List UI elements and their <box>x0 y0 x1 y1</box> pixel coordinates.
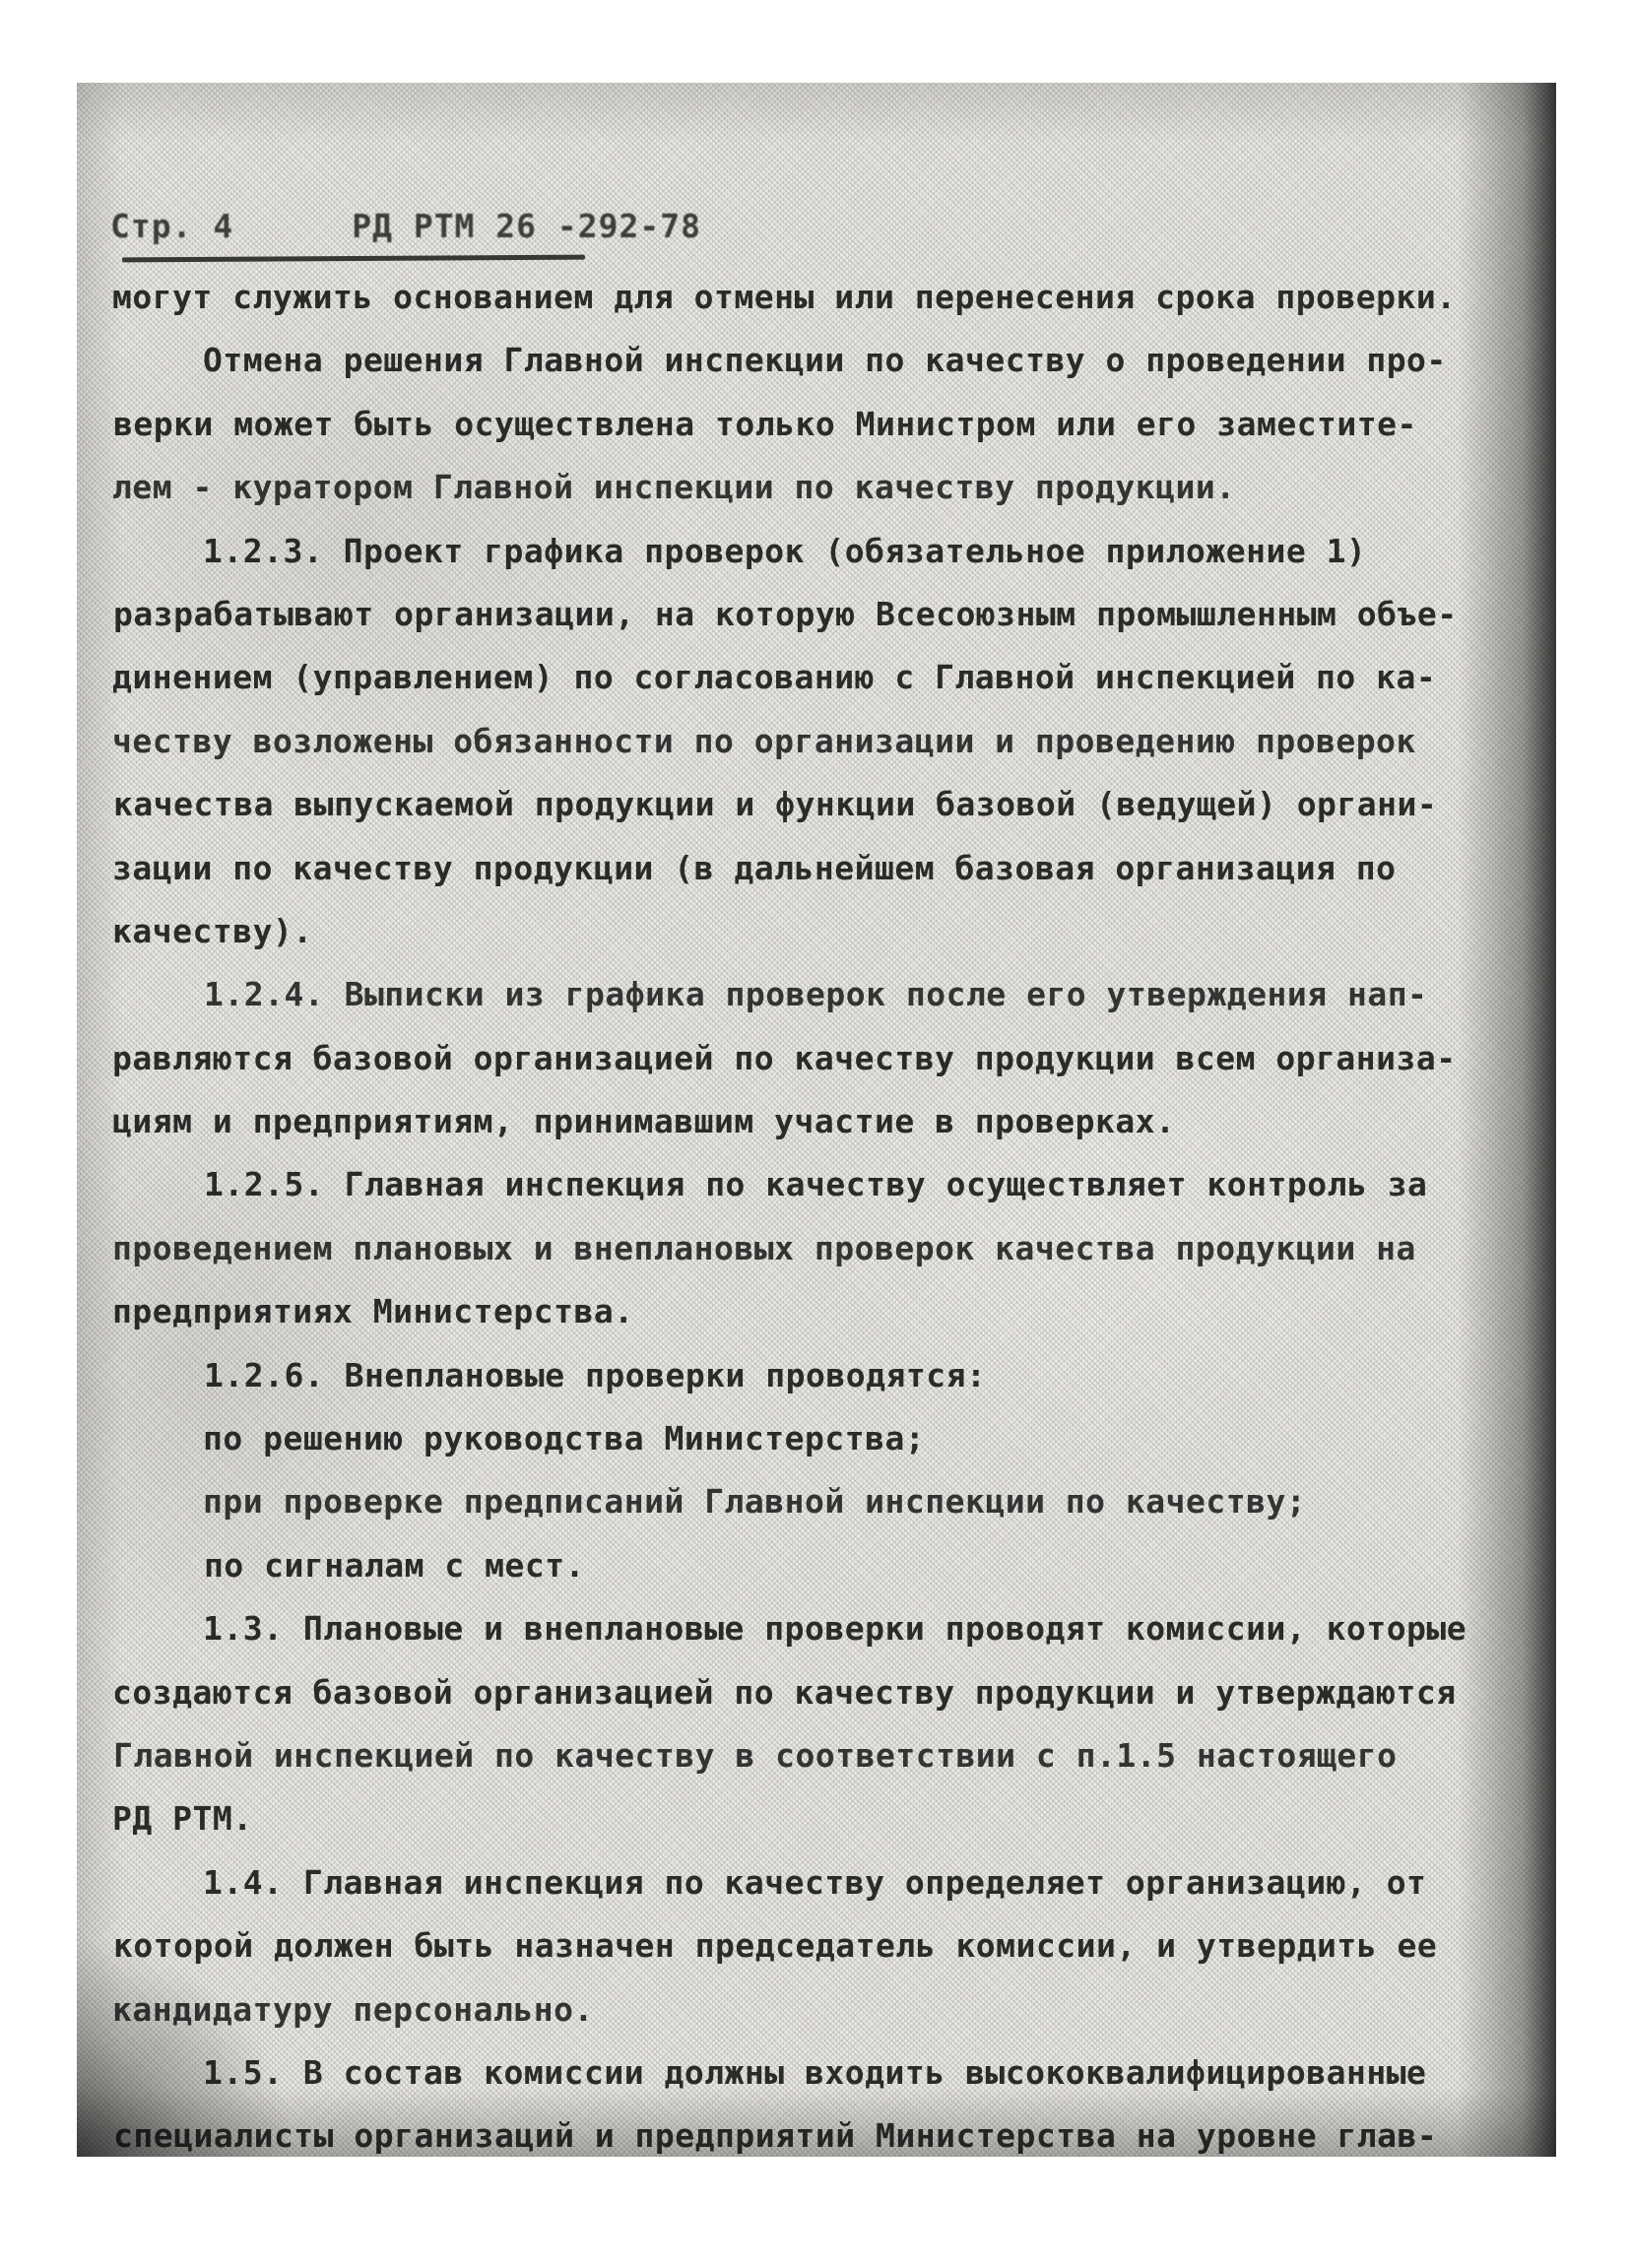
text-line: при проверке предписаний Главной инспекц… <box>112 1470 1556 1533</box>
document-body: могут служить основанием для отмены или … <box>112 266 1556 2157</box>
text-line: предприятиях Министерства. <box>112 1280 1556 1343</box>
text-line: качества выпускаемой продукции и функции… <box>113 773 1556 836</box>
text-line: Отмена решения Главной инспекции по каче… <box>112 329 1556 392</box>
text-line: 1.5. В состав комиссии должны входить вы… <box>112 2041 1556 2105</box>
text-line: 1.2.6. Внеплановые проверки проводятся: <box>113 1344 1556 1407</box>
text-line: лем - куратором Главной инспекции по кач… <box>112 456 1556 519</box>
text-line: проведением плановых и внеплановых прове… <box>112 1217 1556 1280</box>
header-underline <box>122 255 585 263</box>
document-number: РД РТМ 26 -292-78 <box>352 207 701 245</box>
text-line: РД РТМ. <box>112 1787 1556 1850</box>
text-line: 1.2.5. Главная инспекция по качеству осу… <box>113 1153 1556 1216</box>
scanned-page: Стр. 4РД РТМ 26 -292-78 могут служить ос… <box>77 83 1556 2157</box>
text-line: создаются базовой организацией по качест… <box>112 1661 1556 1724</box>
text-line: верки может быть осуществлена только Мин… <box>113 393 1556 456</box>
text-line: циям и предприятиям, принимавшим участие… <box>112 1090 1556 1153</box>
text-line: 1.2.3. Проект графика проверок (обязател… <box>112 520 1556 583</box>
text-line: которой должен быть назначен председател… <box>113 1914 1556 1977</box>
text-line: специалисты организаций и предприятий Ми… <box>113 2105 1556 2157</box>
text-line: честву возложены обязанности по организа… <box>112 710 1556 773</box>
text-line: равляются базовой организацией по качест… <box>112 1027 1556 1090</box>
text-line: разрабатывают организации, на которую Вс… <box>113 583 1556 646</box>
text-line: качеству). <box>112 900 1556 963</box>
text-line: кандидатуру персонально. <box>112 1978 1556 2041</box>
text-line: по решению руководства Министерства; <box>112 1407 1556 1470</box>
text-line: могут служить основанием для отмены или … <box>112 266 1556 329</box>
text-line: динением (управлением) по согласованию с… <box>112 646 1556 709</box>
text-line: по сигналам с мест. <box>113 1534 1556 1597</box>
page-number-label: Стр. 4 <box>110 207 233 245</box>
text-line: 1.4. Главная инспекция по качеству опред… <box>112 1851 1556 1914</box>
text-line: зации по качеству продукции (в дальнейше… <box>112 837 1556 900</box>
text-line: Главной инспекцией по качеству в соответ… <box>113 1724 1556 1787</box>
text-line: 1.3. Плановые и внеплановые проверки про… <box>112 1597 1556 1660</box>
page-header: Стр. 4РД РТМ 26 -292-78 <box>110 207 701 245</box>
text-line: 1.2.4. Выписки из графика проверок после… <box>113 963 1556 1026</box>
